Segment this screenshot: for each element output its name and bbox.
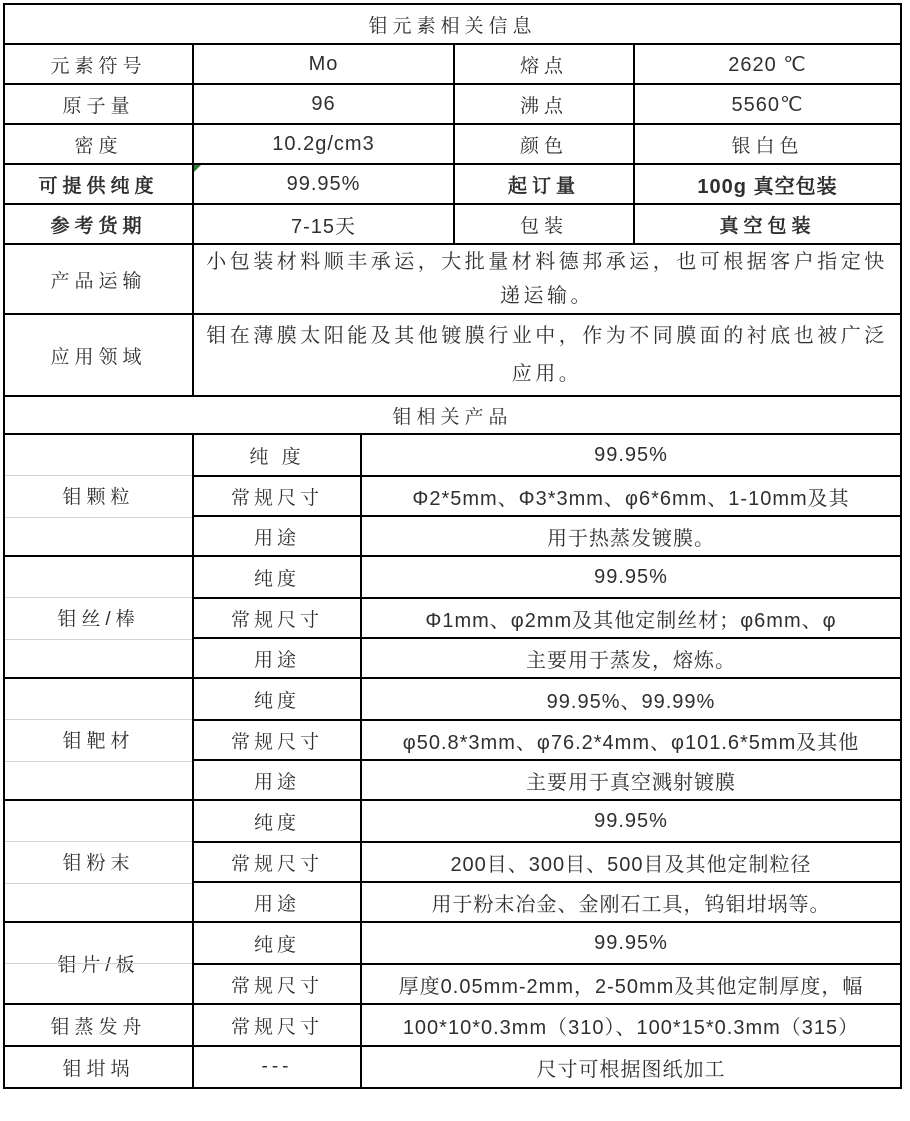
attr-usage: 用途	[194, 761, 360, 799]
value-sizes: 厚度0.05mm-2mm，2-50mm及其他定制厚度，幅	[360, 965, 900, 1003]
attr-purity: 纯度	[194, 923, 360, 963]
label-divider-line	[5, 883, 192, 884]
label-divider-line	[5, 841, 192, 842]
product-group-sheet-plate: 钼片/板 纯度 99.95% 常规尺寸 厚度0.05mm-2mm，2-50mm及…	[5, 921, 900, 1003]
label-min-order: 起订量	[453, 165, 633, 203]
product-name-text: 钼蒸发舟	[50, 1012, 146, 1039]
info-row-purity: 可提供纯度 99.95% 起订量 100g 真空包装	[5, 163, 900, 203]
product-name-powder: 钼粉末	[5, 801, 192, 921]
label-lead-time: 参考货期	[5, 205, 192, 243]
value-atomic-weight: 96	[192, 85, 453, 123]
value-lead-time: 7-15天	[192, 205, 453, 243]
attr-purity: 纯度	[194, 557, 360, 597]
value-packaging: 真空包装	[633, 205, 900, 243]
info-row-symbol: 元素符号 Mo 熔点 2620 ℃	[5, 43, 900, 83]
label-divider-line	[5, 475, 192, 476]
product-name-evaporation-boat: 钼蒸发舟	[5, 1005, 192, 1045]
attr-sizes: 常规尺寸	[194, 477, 360, 515]
value-melting-point: 2620 ℃	[633, 45, 900, 83]
info-row-application: 应用领域 钼在薄膜太阳能及其他镀膜行业中，作为不同膜面的衬底也被广泛应用。	[5, 313, 900, 395]
label-boiling-point: 沸点	[453, 85, 633, 123]
label-element-symbol: 元素符号	[5, 45, 192, 83]
label-divider-line	[5, 963, 192, 964]
product-name-granules: 钼颗粒	[5, 435, 192, 555]
value-usage: 主要用于真空溅射镀膜	[360, 761, 900, 799]
product-name-target: 钼靶材	[5, 679, 192, 799]
attr-purity: 纯 度	[194, 435, 360, 475]
label-available-purity: 可提供纯度	[5, 165, 192, 203]
product-name-wire-rod: 钼丝/棒	[5, 557, 192, 677]
product-group-target: 钼靶材 纯度 99.95%、99.99% 常规尺寸 φ50.8*3mm、φ76.…	[5, 677, 900, 799]
product-name-text: 钼坩埚	[62, 1054, 134, 1081]
attr-usage: 用途	[194, 517, 360, 555]
info-row-leadtime: 参考货期 7-15天 包装 真空包装	[5, 203, 900, 243]
value-boiling-point: 5560℃	[633, 85, 900, 123]
product-name-crucible: 钼坩埚	[5, 1047, 192, 1087]
value-purity: 99.95%	[360, 557, 900, 597]
value-sizes: φ50.8*3mm、φ76.2*4mm、φ101.6*5mm及其他	[360, 721, 900, 759]
value-purity: 99.95%	[360, 435, 900, 475]
attr-placeholder: ---	[194, 1047, 360, 1087]
value-available-purity: 99.95%	[192, 165, 453, 203]
molybdenum-info-table: 钼元素相关信息 元素符号 Mo 熔点 2620 ℃ 原子量 96 沸点 5560…	[3, 3, 902, 1089]
label-color: 颜色	[453, 125, 633, 163]
value-transport: 小包装材料顺丰承运，大批量材料德邦承运，也可根据客户指定快递运输。	[192, 245, 900, 313]
purity-text: 99.95%	[287, 173, 361, 196]
label-divider-line	[5, 719, 192, 720]
value-custom-size: 尺寸可根据图纸加工	[360, 1047, 900, 1087]
product-name-sheet-plate: 钼片/板	[5, 923, 192, 1003]
product-group-evaporation-boat: 钼蒸发舟 常规尺寸 100*10*0.3mm（310）、100*15*0.3mm…	[5, 1003, 900, 1045]
value-sizes: 100*10*0.3mm（310）、100*15*0.3mm（315）	[360, 1005, 900, 1045]
products-section-title: 钼相关产品	[5, 397, 900, 433]
attr-purity: 纯度	[194, 679, 360, 719]
attr-sizes: 常规尺寸	[194, 599, 360, 637]
attr-sizes: 常规尺寸	[194, 1005, 360, 1045]
value-usage: 用于热蒸发镀膜。	[360, 517, 900, 555]
product-name-text: 钼颗粒	[62, 482, 134, 509]
label-divider-line	[5, 517, 192, 518]
label-melting-point: 熔点	[453, 45, 633, 83]
label-transport: 产品运输	[5, 245, 192, 313]
attr-purity: 纯度	[194, 801, 360, 841]
product-group-powder: 钼粉末 纯度 99.95% 常规尺寸 200目、300目、500目及其他定制粒径…	[5, 799, 900, 921]
value-usage: 用于粉末冶金、金刚石工具，钨钼坩埚等。	[360, 883, 900, 921]
value-usage: 主要用于蒸发，熔炼。	[360, 639, 900, 677]
attr-usage: 用途	[194, 883, 360, 921]
value-purity: 99.95%	[360, 801, 900, 841]
attr-sizes: 常规尺寸	[194, 965, 360, 1003]
value-application: 钼在薄膜太阳能及其他镀膜行业中，作为不同膜面的衬底也被广泛应用。	[192, 315, 900, 395]
label-divider-line	[5, 639, 192, 640]
info-row-atomic-weight: 原子量 96 沸点 5560℃	[5, 83, 900, 123]
value-element-symbol: Mo	[192, 45, 453, 83]
product-name-text: 钼粉末	[62, 848, 134, 875]
product-group-wire-rod: 钼丝/棒 纯度 99.95% 常规尺寸 Φ1mm、φ2mm及其他定制丝材；φ6m…	[5, 555, 900, 677]
product-name-text: 钼丝/棒	[57, 604, 139, 631]
attr-usage: 用途	[194, 639, 360, 677]
product-group-granules: 钼颗粒 纯 度 99.95% 常规尺寸 Φ2*5mm、Φ3*3mm、φ6*6mm…	[5, 433, 900, 555]
label-divider-line	[5, 761, 192, 762]
attr-sizes: 常规尺寸	[194, 721, 360, 759]
value-color: 银白色	[633, 125, 900, 163]
attr-sizes: 常规尺寸	[194, 843, 360, 881]
value-sizes: Φ2*5mm、Φ3*3mm、φ6*6mm、1-10mm及其	[360, 477, 900, 515]
cell-comment-marker-icon	[194, 165, 201, 172]
value-min-order: 100g 真空包装	[633, 165, 900, 203]
product-group-crucible: 钼坩埚 --- 尺寸可根据图纸加工	[5, 1045, 900, 1087]
label-divider-line	[5, 597, 192, 598]
label-application: 应用领域	[5, 315, 192, 395]
product-name-text: 钼靶材	[62, 726, 134, 753]
info-row-transport: 产品运输 小包装材料顺丰承运，大批量材料德邦承运，也可根据客户指定快递运输。	[5, 243, 900, 313]
label-packaging: 包装	[453, 205, 633, 243]
value-purity: 99.95%、99.99%	[360, 679, 900, 719]
value-sizes: 200目、300目、500目及其他定制粒径	[360, 843, 900, 881]
value-purity: 99.95%	[360, 923, 900, 963]
value-sizes: Φ1mm、φ2mm及其他定制丝材；φ6mm、φ	[360, 599, 900, 637]
label-density: 密度	[5, 125, 192, 163]
value-density: 10.2g/cm3	[192, 125, 453, 163]
table-title: 钼元素相关信息	[5, 5, 900, 43]
info-row-density: 密度 10.2g/cm3 颜色 银白色	[5, 123, 900, 163]
label-atomic-weight: 原子量	[5, 85, 192, 123]
